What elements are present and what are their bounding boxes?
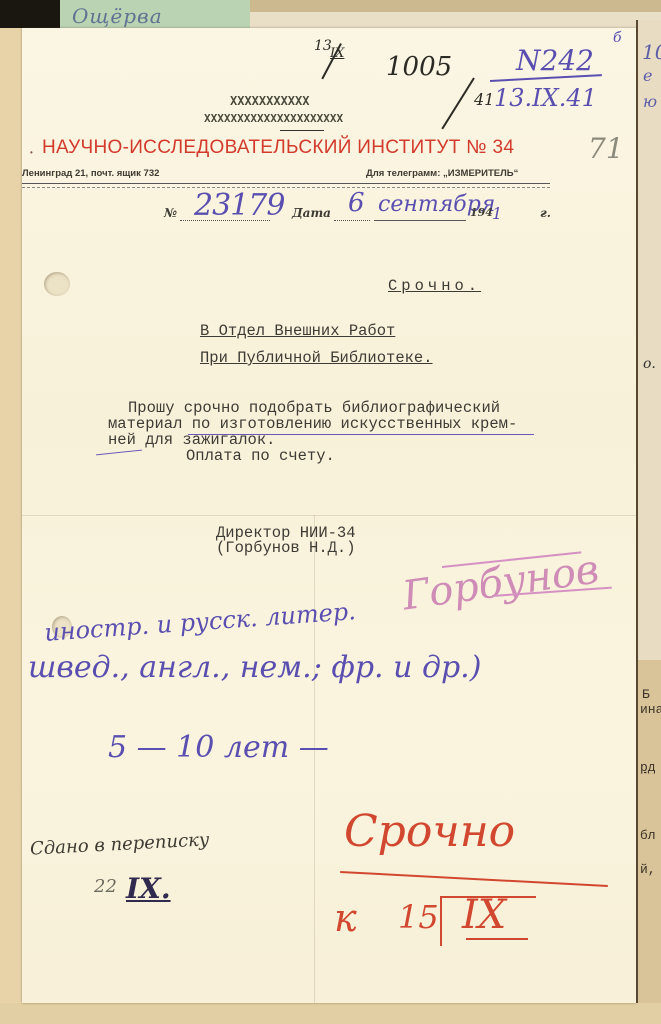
institute-telegram: Для телеграмм: „ИЗМЕРИТЕЛЬ“ — [366, 168, 518, 179]
letterhead-bullet: • — [30, 148, 33, 157]
handed-in-month: IX. — [126, 872, 171, 905]
year-label: г. — [540, 206, 551, 220]
registration-number: N242 — [516, 44, 594, 77]
background-fragment: ина — [640, 702, 661, 717]
background-fragment: е — [643, 66, 652, 85]
handed-in-day: 22 — [94, 876, 117, 897]
deadline-slash — [440, 896, 442, 946]
background-dark-corner — [0, 0, 60, 28]
addressee-line-1: В Отдел Внешних Работ — [200, 323, 395, 340]
date-label: Дата — [292, 206, 331, 220]
punch-hole-icon — [44, 272, 70, 296]
registration-superscript: б — [613, 30, 622, 46]
background-fragment: о. — [643, 356, 656, 372]
redacted-line-1: XXXXXXXXXXX — [230, 94, 309, 108]
handed-in-note: Сдано в переписку — [30, 829, 210, 859]
deadline-underline — [466, 938, 528, 940]
date-day: 6 — [348, 188, 365, 218]
annotation-years: 5 — 10 лет — — [108, 730, 329, 765]
urgency-heading: Срочно. — [388, 278, 481, 295]
institute-name: НАУЧНО-ИССЛЕДОВАТЕЛЬСКИЙ ИНСТИТУТ № 34 — [42, 137, 514, 159]
institute-address: Ленинград 21, почт. ящик 732 — [22, 168, 159, 179]
pencil-sheet-number: 71 — [588, 132, 624, 165]
letter-sheet: 13 IX 1005 41 N242 б 13.IX.41 71 XXXXXXX… — [22, 28, 636, 1003]
background-fragment: Б — [642, 687, 650, 702]
background-fragment: ю — [643, 92, 657, 111]
deadline-prefix: к — [334, 896, 357, 940]
redacted-line-2: XXXXXXXXXXXXXXXXXXXXX — [204, 112, 343, 125]
date-day-field-line — [334, 220, 370, 221]
urgent-red-underline — [340, 871, 608, 887]
letterhead-rule — [22, 183, 550, 188]
registration-date: 13.IX.41 — [494, 84, 597, 112]
director-signature: Горбунов — [400, 546, 602, 619]
ink-underline-topic-end — [96, 450, 142, 456]
addressee-line-2: При Публичной Библиотеке. — [200, 350, 433, 367]
incoming-year: 41 — [474, 90, 494, 109]
payment-line: Оплата по счету. — [186, 448, 335, 465]
annotation-literature: иностр. и русск. литер. — [43, 597, 356, 647]
date-year-suffix: 1 — [492, 204, 502, 223]
background-fragment: 10 — [642, 40, 661, 64]
background-fragment: й, — [640, 862, 656, 877]
number-label: № — [164, 206, 177, 220]
date-year-prefix: 194 — [470, 206, 493, 219]
signature-name: (Горбунов Н.Д.) — [216, 541, 356, 556]
paper-fold-horizontal — [22, 515, 636, 516]
letterhead-divider — [280, 130, 324, 131]
deadline-day: 15 — [398, 898, 439, 936]
deadline-month: IX — [462, 892, 506, 938]
incoming-number: 1005 — [386, 52, 452, 82]
background-bottom-edge — [0, 1003, 661, 1024]
urgent-red-note: Срочно — [344, 806, 515, 857]
document-number: 23179 — [194, 188, 284, 223]
background-fragment: рд — [640, 760, 656, 775]
date-month-field-line — [374, 220, 466, 221]
annotation-languages: швед., англ., нем.; фр. и др.) — [28, 650, 481, 685]
background-left-edge — [0, 28, 24, 1024]
incoming-slash — [441, 77, 474, 129]
background-fragment: бл — [640, 828, 656, 843]
background-green-card-text: Ощёрва — [72, 4, 163, 28]
ink-underline-topic — [188, 434, 534, 435]
